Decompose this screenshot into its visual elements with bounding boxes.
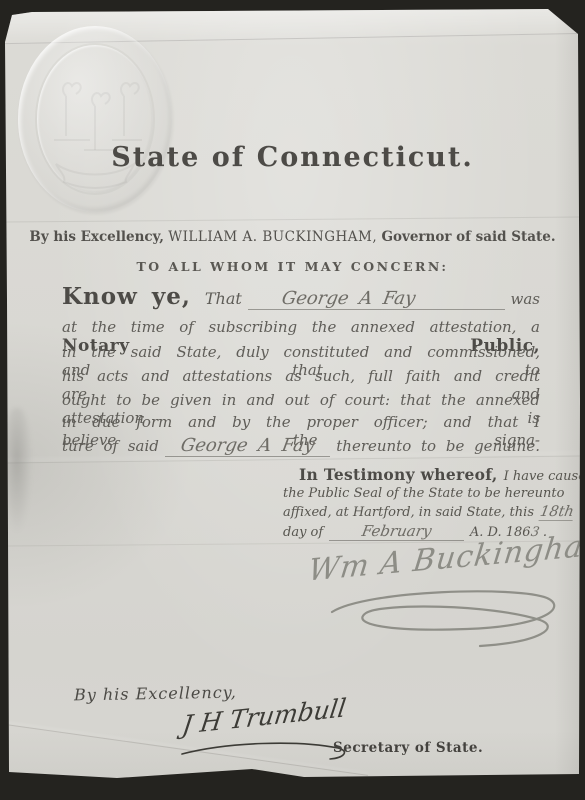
salutation-line: TO ALL WHOM IT MAY CONCERN:: [0, 259, 585, 274]
testimony-heading: In Testimony whereof,: [299, 465, 498, 484]
know-ye-label: Know ye,: [62, 283, 191, 310]
that-label: That: [205, 289, 242, 308]
testimony-line-3-text: affixed, at Hartford, in said State, thi…: [283, 505, 534, 520]
name-blank-line: George A Fay: [165, 435, 330, 457]
body-line-7-prefix: ture of said: [62, 437, 159, 455]
governor-byline: By his Excellency, WILLIAM A. BUCKINGHAM…: [0, 229, 585, 245]
body-line-7: ture of said George A Fay thereunto to b…: [62, 435, 540, 460]
byline-suffix: Governor of said State.: [381, 229, 555, 245]
horizontal-crease: [0, 216, 585, 222]
notary-name-handwritten: George A Fay: [179, 435, 316, 456]
day-of-label: day of: [283, 525, 323, 540]
testimony-line-1: In Testimony whereof, I have caused: [283, 465, 563, 484]
name-blank-line: George A Fay: [248, 288, 505, 310]
paper-stain: [2, 408, 32, 534]
testimony-line-1-rest: I have caused: [504, 469, 585, 484]
edge-shadow: [555, 0, 585, 800]
body-line-7-suffix: thereunto to be genuine.: [336, 437, 540, 455]
notary-name-handwritten: George A Fay: [246, 288, 417, 309]
document-title: State of Connecticut.: [0, 142, 585, 173]
byline-prefix: By his Excellency,: [29, 229, 163, 245]
paper-sheet: State of Connecticut. By his Excellency,…: [0, 0, 585, 800]
scanned-document: State of Connecticut. By his Excellency,…: [0, 0, 585, 800]
testimony-line-3: affixed, at Hartford, in said State, thi…: [283, 504, 547, 521]
secretary-title: Secretary of State.: [333, 740, 483, 756]
signature-flourish-icon: [322, 582, 567, 660]
testimony-line-2: the Public Seal of the State to be hereu…: [283, 486, 547, 501]
governor-name: WILLIAM A. BUCKINGHAM,: [168, 229, 377, 245]
by-excellency-line: By his Excellency,: [74, 683, 237, 705]
day-handwritten: 18th: [539, 504, 576, 521]
month-handwritten: February: [360, 522, 433, 540]
month-blank-line: February: [329, 522, 464, 541]
body-line-2-text: at the time of subscribing the annexed a…: [62, 318, 540, 336]
seal-grapevines-icon: [18, 26, 172, 212]
body-line-1: Know ye, That George A Fay was: [62, 283, 540, 313]
connecticut-embossed-state-seal-icon: [18, 26, 172, 212]
was-label: was: [511, 290, 540, 308]
